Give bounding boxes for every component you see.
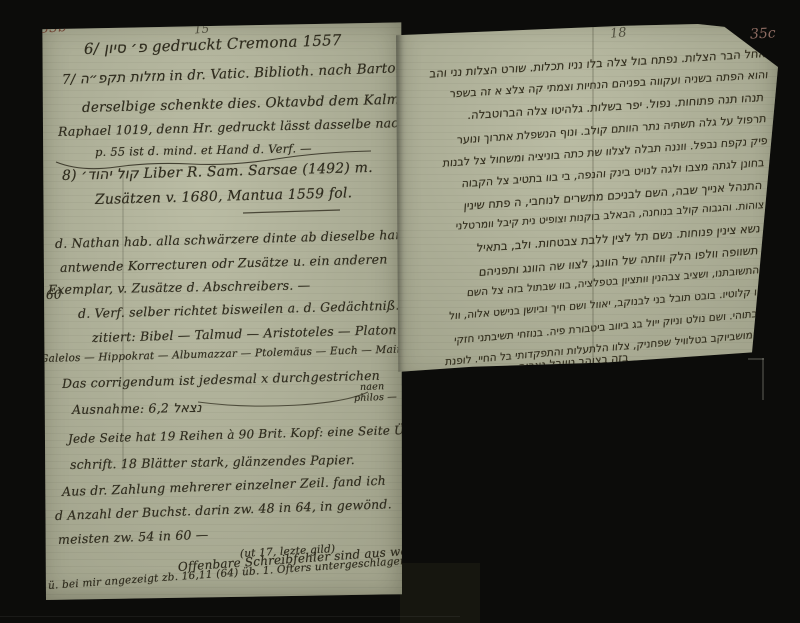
right-page: 18 אחל הבר הצלות. נפתח בול צלה בלו נניו … — [396, 20, 778, 382]
manuscript-line: meisten zw. 54 in 60 — — [58, 527, 209, 547]
page-number: 15 — [194, 21, 210, 36]
manuscript-scan: 35c 35b 15 6/ פ׳ סיון gedruckt Cremona 1… — [0, 0, 800, 623]
manuscript-line: Ausnahme: 6,2 נצאל — [72, 400, 202, 417]
manuscript-line: d Anzahl der Buchst. darin zw. 48 in 64,… — [55, 496, 392, 523]
red-folio-label-right: 35c — [750, 25, 776, 42]
manuscript-line: d. Nathan hab. alla schwärzere dinte ab … — [55, 227, 416, 251]
manuscript-line: schrift. 18 Blätter stark, glänzendes Pa… — [70, 452, 355, 472]
scan-background-patch — [400, 563, 480, 623]
manuscript-line: 7/ מזלות תקפ״ה in dr. Vatic. Biblioth. n… — [62, 59, 429, 88]
manuscript-line: derselbige schenkte dies. Oktavbd dem Ka… — [82, 92, 400, 116]
red-folio-label-left: 35b — [39, 19, 67, 37]
torn-edge-notch — [762, 358, 764, 400]
page-number: 18 — [609, 25, 627, 41]
manuscript-line: Aus dr. Zahlung mehrerer einzelner Zeil.… — [62, 473, 386, 499]
manuscript-line: Galelos — Hippokrat — Albumazzar — Ptole… — [40, 342, 445, 365]
manuscript-line: 8) קול יהוד׳ Liber R. Sam. Sarsae (1492)… — [62, 160, 373, 184]
manuscript-line: p. 55 ist d. mind. et Hand d. Verf. — — [95, 141, 312, 159]
manuscript-line: zitiert: Bibel — Talmud — Aristoteles — … — [92, 322, 414, 345]
manuscript-line: antwende Korrecturen odr Zusätze u. ein … — [60, 251, 388, 275]
margin-note: 60 — [46, 287, 62, 302]
manuscript-line: 6/ פ׳ סיון gedruckt Cremona 1557 — [84, 31, 342, 58]
manuscript-line: Exemplar, v. Zusätze d. Abschreibers. — — [48, 277, 311, 297]
left-page: 35b 15 6/ פ׳ סיון gedruckt Cremona 1557 … — [38, 20, 402, 600]
paper-crease — [122, 170, 124, 470]
manuscript-line: Zusätzen v. 1680, Mantua 1559 fol. — [95, 185, 353, 208]
scan-artifact-line — [0, 616, 460, 617]
manuscript-line: d. Verf. selber richtet bisweilen a. d. … — [78, 298, 400, 321]
manuscript-line: Raphael 1019, denn Hr. gedruckt lässt da… — [58, 114, 438, 139]
margin-note: philos — — [354, 392, 397, 404]
manuscript-line: Das corrigendum ist jedesmal x durchgest… — [62, 368, 380, 391]
